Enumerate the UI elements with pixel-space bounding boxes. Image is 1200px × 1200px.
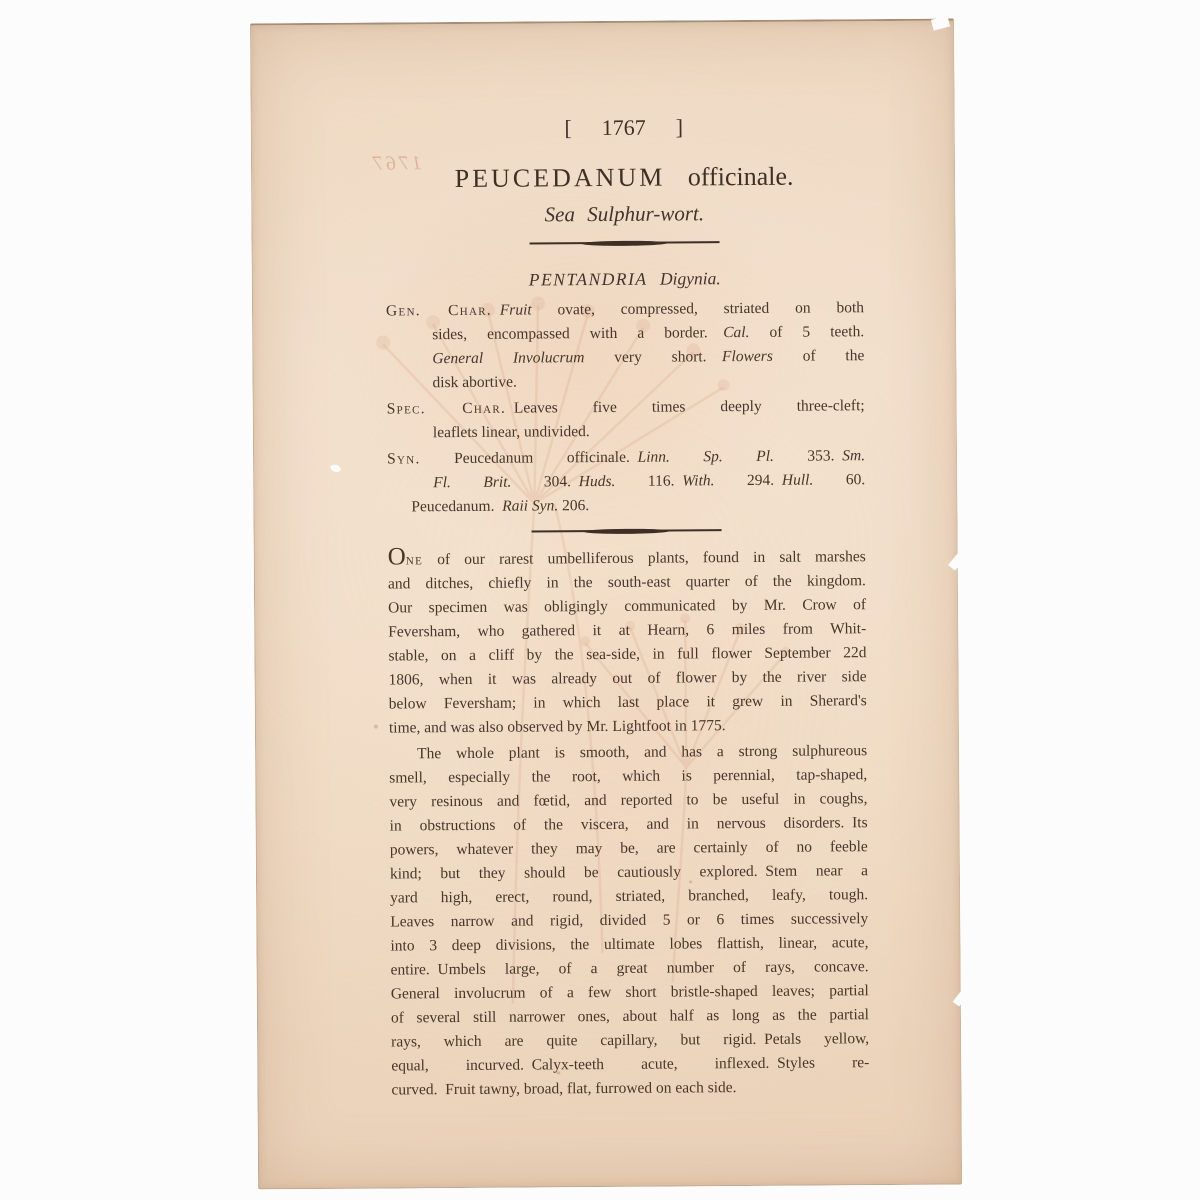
text-line: General Involucrum very short. Flowers o… bbox=[386, 344, 864, 371]
text-segment: Fl. Brit. bbox=[433, 474, 511, 492]
text-segment: Huds. bbox=[579, 473, 616, 490]
text-segment: very resinous and fœtid, and reported to… bbox=[389, 790, 867, 810]
paragraph-description: The whole plant is smooth, and has a str… bbox=[389, 739, 870, 1102]
text-segment: of 5 teeth. bbox=[749, 323, 864, 341]
text-line: disk abortive. bbox=[386, 368, 864, 395]
text-segment: kind; but they should be cautiously expl… bbox=[390, 862, 868, 882]
text-line: kind; but they should be cautiously expl… bbox=[390, 859, 868, 886]
foxing-spot bbox=[374, 725, 378, 729]
corner-nick bbox=[931, 16, 950, 31]
text-line: stable, on a cliff by the sea-side, in f… bbox=[388, 641, 866, 668]
text-line: sides, encompassed with a border. Cal. o… bbox=[386, 320, 864, 347]
paragraph-habitat: One of our rarest umbelliferous plants, … bbox=[388, 541, 867, 740]
text-line: yard high, erect, round, striated, branc… bbox=[390, 883, 868, 910]
title-genus: PEUCEDANUM bbox=[455, 163, 666, 193]
generic-character: Gen. Char. Fruit ovate, compressed, stri… bbox=[386, 296, 865, 395]
text-segment: ne bbox=[406, 551, 423, 568]
text-line: Our specimen was obligingly communicated… bbox=[388, 593, 866, 620]
text-segment: and ditches, chiefly in the south-east q… bbox=[388, 572, 866, 592]
text-segment: into 3 deep divisions, the ultimate lobe… bbox=[390, 934, 868, 954]
text-line: curved. Fruit tawny, broad, flat, furrow… bbox=[391, 1075, 869, 1102]
text-column: Gen. Char. Fruit ovate, compressed, stri… bbox=[386, 294, 870, 1102]
text-segment: disk abortive. bbox=[432, 374, 516, 392]
text-segment: yard high, erect, round, striated, branc… bbox=[390, 886, 868, 906]
text-line: Leaves narrow and rigid, divided 5 or 6 … bbox=[390, 907, 868, 934]
text-segment: very short. bbox=[584, 348, 722, 366]
synonyms: Syn. Peucedanum officinale. Linn. Sp. Pl… bbox=[387, 444, 865, 519]
section-divider-1 bbox=[530, 239, 720, 246]
classification-order: Digynia. bbox=[660, 268, 721, 288]
text-segment: 1806, when it was already out of flower … bbox=[389, 668, 867, 688]
text-line: Feversham, who gathered it at Hearn, 6 m… bbox=[388, 617, 866, 644]
text-segment: of several still narrower ones, about ha… bbox=[391, 1006, 869, 1026]
paper-fleck bbox=[329, 463, 342, 473]
text-segment: leaflets linear, undivided. bbox=[433, 423, 590, 441]
text-segment: below Feversham; in which last place it … bbox=[389, 692, 867, 712]
classification-heading: PENTANDRIA Digynia. bbox=[386, 267, 864, 291]
text-segment: Our specimen was obligingly communicated… bbox=[388, 596, 866, 616]
text-segment: Leaves five times deeply three-cleft; bbox=[506, 397, 865, 417]
text-segment: Gen. Char. bbox=[386, 302, 492, 320]
text-segment: smell, especially the root, which is per… bbox=[389, 766, 867, 786]
text-segment: Hull. bbox=[782, 472, 814, 489]
text-line: time, and was also observed by Mr. Light… bbox=[389, 713, 867, 740]
text-line: below Feversham; in which last place it … bbox=[389, 689, 867, 716]
bracket-close: ] bbox=[676, 114, 684, 140]
text-segment: rays, which are quite capillary, but rig… bbox=[391, 1030, 869, 1050]
text-segment: General involucrum of a few short bristl… bbox=[391, 982, 869, 1002]
specific-character: Spec. Char. Leaves five times deeply thr… bbox=[387, 394, 865, 445]
text-line: The whole plant is smooth, and has a str… bbox=[389, 739, 867, 766]
text-segment: With. bbox=[682, 472, 714, 489]
text-segment: powers, whatever they may be, are certai… bbox=[390, 838, 868, 858]
text-line: One of our rarest umbelliferous plants, … bbox=[388, 541, 866, 572]
text-segment: Flowers bbox=[722, 348, 773, 365]
text-segment: 60. bbox=[813, 471, 865, 488]
classification-class: PENTANDRIA bbox=[529, 269, 648, 290]
text-line: of several still narrower ones, about ha… bbox=[391, 1003, 869, 1030]
text-line: smell, especially the root, which is per… bbox=[389, 763, 867, 790]
text-line: equal, incurved. Calyx-teeth acute, infl… bbox=[391, 1051, 869, 1078]
text-line: Fl. Brit. 304. Huds. 116. With. 294. Hul… bbox=[387, 468, 865, 495]
page-subtitle: Sea Sulphur-wort. bbox=[385, 200, 863, 228]
book-page: 1767 [ 1767 ] PEUCEDANUM officinale. Sea… bbox=[250, 19, 962, 1190]
text-segment: The whole plant is smooth, and has a str… bbox=[417, 742, 867, 762]
text-line: Syn. Peucedanum officinale. Linn. Sp. Pl… bbox=[387, 444, 865, 471]
foxing-spot bbox=[556, 1071, 560, 1074]
text-segment: Leaves narrow and rigid, divided 5 or 6 … bbox=[390, 910, 868, 930]
text-line: rays, which are quite capillary, but rig… bbox=[391, 1027, 869, 1054]
text-segment: time, and was also observed by Mr. Light… bbox=[389, 717, 726, 736]
page-number-value: 1767 bbox=[602, 115, 646, 141]
text-segment: 353. bbox=[774, 447, 842, 464]
text-segment: curved. Fruit tawny, broad, flat, furrow… bbox=[391, 1079, 736, 1098]
bracket-open: [ bbox=[564, 115, 572, 141]
text-segment: equal, incurved. Calyx-teeth acute, infl… bbox=[391, 1054, 869, 1074]
text-segment: 116. bbox=[615, 472, 682, 489]
text-segment: 206. bbox=[558, 497, 589, 514]
text-segment: Peucedanum. bbox=[411, 498, 502, 516]
text-segment: 294. bbox=[714, 472, 782, 489]
text-segment: sides, encompassed with a border. bbox=[432, 324, 723, 343]
text-line: powers, whatever they may be, are certai… bbox=[390, 835, 868, 862]
text-segment: of our rarest umbelliferous plants, foun… bbox=[423, 548, 866, 568]
text-segment: ovate, compressed, striated on both bbox=[532, 299, 864, 318]
text-segment: 304. bbox=[511, 473, 579, 490]
text-line: Spec. Char. Leaves five times deeply thr… bbox=[387, 394, 865, 421]
text-segment: Syn. bbox=[387, 450, 421, 467]
text-segment: Peucedanum officinale. bbox=[421, 449, 638, 468]
text-line: entire. Umbels large, of a great number … bbox=[391, 955, 869, 982]
text-segment: Cal. bbox=[723, 324, 749, 341]
text-segment: Sm. bbox=[842, 447, 865, 464]
text-segment: entire. Umbels large, of a great number … bbox=[391, 958, 869, 978]
text-line: into 3 deep divisions, the ultimate lobe… bbox=[390, 931, 868, 958]
text-segment: of the bbox=[773, 347, 865, 365]
text-line: Peucedanum. Raii Syn. 206. bbox=[387, 492, 865, 519]
text-segment: in obstructions of the viscera, and in n… bbox=[390, 814, 868, 834]
text-segment: Linn. Sp. Pl. bbox=[637, 448, 773, 466]
text-segment: Raii Syn. bbox=[502, 497, 558, 514]
section-divider-2 bbox=[532, 527, 722, 534]
text-segment bbox=[492, 302, 500, 319]
text-segment: O bbox=[388, 543, 406, 570]
foxing-spot bbox=[689, 880, 692, 883]
text-line: in obstructions of the viscera, and in n… bbox=[390, 811, 868, 838]
page-title: PEUCEDANUM officinale. bbox=[385, 161, 863, 194]
text-line: Gen. Char. Fruit ovate, compressed, stri… bbox=[386, 296, 864, 323]
title-species: officinale. bbox=[688, 162, 794, 192]
text-line: 1806, when it was already out of flower … bbox=[389, 665, 867, 692]
text-segment: Fruit bbox=[500, 301, 532, 318]
text-segment: General Involucrum bbox=[432, 349, 584, 367]
page-number: [ 1767 ] bbox=[385, 113, 863, 142]
text-line: leaflets linear, undivided. bbox=[387, 418, 865, 445]
text-segment: stable, on a cliff by the sea-side, in f… bbox=[388, 644, 866, 664]
text-segment: Spec. Char. bbox=[387, 400, 507, 418]
text-line: and ditches, chiefly in the south-east q… bbox=[388, 569, 866, 596]
text-segment: Feversham, who gathered it at Hearn, 6 m… bbox=[388, 620, 866, 640]
text-line: General involucrum of a few short bristl… bbox=[391, 979, 869, 1006]
text-line: very resinous and fœtid, and reported to… bbox=[389, 787, 867, 814]
